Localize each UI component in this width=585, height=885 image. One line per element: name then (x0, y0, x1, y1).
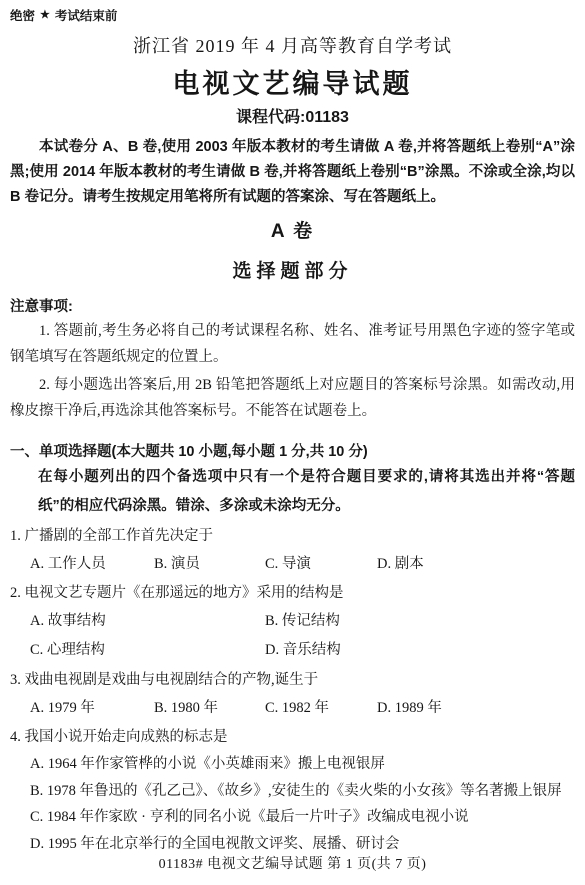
option-d: D. 音乐结构 (265, 636, 575, 665)
option-b: B. 1980 年 (154, 694, 265, 722)
option-d: D. 剧本 (377, 550, 575, 578)
question-4-options: A. 1964 年作家管桦的小说《小英雄雨来》搬上电视银屏 B. 1978 年鲁… (10, 751, 575, 857)
option-a: A. 1979 年 (30, 694, 154, 722)
note-item-2: 2. 每小题选出答案后,用 2B 铅笔把答题纸上对应题目的答案标号涂黑。如需改动… (10, 372, 575, 424)
question-2-options: A. 故事结构 B. 传记结构 C. 心理结构 D. 音乐结构 (10, 607, 575, 665)
question-3-stem: 3. 戏曲电视剧是戏曲与电视剧结合的产物,诞生于 (10, 667, 575, 694)
question-3-options: A. 1979 年 B. 1980 年 C. 1982 年 D. 1989 年 (10, 694, 575, 722)
option-b: B. 1978 年鲁迅的《孔乙己》、《故乡》,安徒生的《卖火柴的小女孩》等名著搬… (30, 778, 575, 805)
option-a: A. 工作人员 (30, 550, 154, 578)
classification-label: 绝密 (10, 6, 35, 24)
exam-title: 浙江省 2019 年 4 月高等教育自学考试 (10, 32, 575, 58)
part-one-note: 在每小题列出的四个备选项中只有一个是符合题目要求的,请将其选出并将“答题纸”的相… (38, 463, 575, 521)
option-c: C. 导演 (265, 550, 377, 578)
exam-paper-page: 绝密 ★ 考试结束前 浙江省 2019 年 4 月高等教育自学考试 电视文艺编导… (0, 0, 585, 885)
intro-paragraph: 本试卷分 A、B 卷,使用 2003 年版本教材的考生请做 A 卷,并将答题纸上… (10, 135, 575, 210)
classification-note: 考试结束前 (55, 6, 118, 24)
classification-banner: 绝密 ★ 考试结束前 (10, 6, 575, 24)
star-icon: ★ (40, 8, 50, 21)
question-2-stem: 2. 电视文艺专题片《在那遥远的地方》采用的结构是 (10, 580, 575, 607)
course-code: 课程代码:01183 (10, 104, 575, 127)
option-b: B. 传记结构 (265, 607, 575, 636)
option-b: B. 演员 (154, 550, 265, 578)
part-one-heading: 一、单项选择题(本大题共 10 小题,每小题 1 分,共 10 分) (10, 440, 575, 461)
option-c: C. 1982 年 (265, 694, 377, 722)
option-c: C. 心理结构 (30, 636, 265, 665)
notes-heading: 注意事项: (10, 295, 575, 316)
option-a: A. 故事结构 (30, 607, 265, 636)
question-1-options: A. 工作人员 B. 演员 C. 导演 D. 剧本 (10, 550, 575, 578)
section-a-heading: A 卷 (10, 216, 575, 243)
option-d: D. 1989 年 (377, 694, 575, 722)
section-choice-heading: 选择题部分 (10, 256, 575, 283)
option-c: C. 1984 年作家欧 · 亨利的同名小说《最后一片叶子》改编成电视小说 (30, 804, 575, 831)
question-4-stem: 4. 我国小说开始走向成熟的标志是 (10, 724, 575, 751)
page-footer: 01183# 电视文艺编导试题 第 1 页(共 7 页) (0, 853, 585, 873)
option-a: A. 1964 年作家管桦的小说《小英雄雨来》搬上电视银屏 (30, 751, 575, 778)
note-item-1: 1. 答题前,考生务必将自己的考试课程名称、姓名、准考证号用黑色字迹的签字笔或钢… (10, 318, 575, 370)
paper-title: 电视文艺编导试题 (10, 62, 575, 101)
question-1-stem: 1. 广播剧的全部工作首先决定于 (10, 523, 575, 550)
